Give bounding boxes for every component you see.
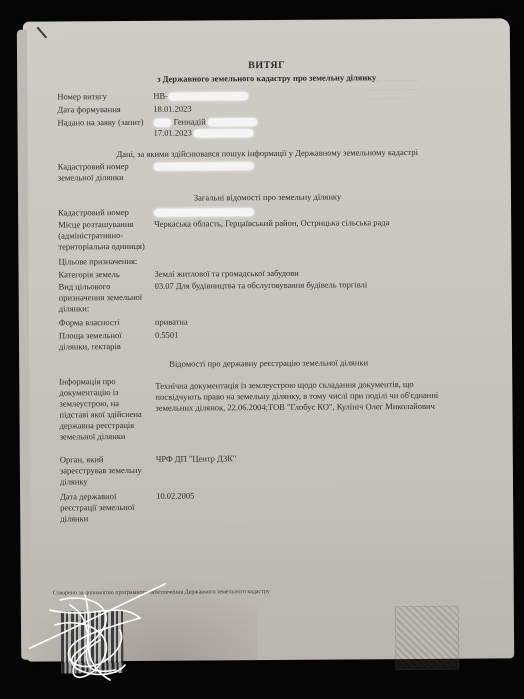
redaction: [208, 118, 258, 126]
general-section-heading: Загальні відомості про земельну ділянку: [24, 190, 511, 203]
field-value: Черкаська область, Герцаївський район, О…: [154, 216, 484, 229]
field-label: Площа земельної ділянки, гектарів: [59, 330, 149, 353]
field-value: приватна: [155, 314, 485, 327]
field-documentation: Інформація про документацію із землеустр…: [25, 373, 512, 376]
field-label: Інформація про документацію із землеустр…: [59, 376, 149, 443]
field-label: Дата формування: [57, 104, 147, 116]
search-section-heading: Дані, за якими здійснювався пошук інформ…: [24, 146, 511, 159]
redaction: [168, 92, 248, 101]
field-label: Кадастровий номер: [58, 207, 148, 219]
field-value: Землі житлової та громадської забудови: [155, 266, 485, 279]
field-request: Надано на заяву (запит) Геннадій 17.01.2…: [23, 114, 510, 143]
redaction-scribble: [0, 570, 180, 699]
field-label: Вид цільового призначення земельної діля…: [59, 281, 149, 315]
field-label: Орган, який зареєстрував земельну ділянк…: [60, 454, 150, 488]
field-registration-date: Дата державної реєстрації земельної діля…: [26, 488, 513, 491]
field-label: Номер витягу: [57, 91, 147, 103]
qr-code-faint: [395, 606, 459, 670]
field-label: Категорія земель: [59, 269, 149, 281]
staple-mark: [37, 27, 48, 39]
field-value: ЧРФ ДП "Центр ДЗК": [156, 451, 486, 464]
redaction: [154, 162, 254, 171]
field-label: Цільове призначення:: [58, 256, 148, 268]
field-value: [154, 158, 484, 171]
field-ownership: Форма власності приватна: [25, 314, 512, 317]
field-value: [154, 204, 484, 217]
document-title: ВИТЯГ: [23, 58, 510, 72]
field-value: Технічна документація із землеустрою щод…: [155, 379, 445, 414]
document-page: ······ ········ ············ ······· ···…: [23, 18, 514, 661]
registration-section-heading: Відомості про державну реєстрацію земель…: [25, 356, 512, 369]
field-registering-authority: Орган, який зареєстрував земельну ділянк…: [26, 451, 513, 454]
redaction: [153, 119, 171, 127]
field-value: 10.02.2005: [156, 488, 486, 501]
field-cadastral-number: Кадастровий номер: [24, 204, 511, 207]
redaction: [154, 208, 254, 217]
field-purpose: Цільове призначення:: [24, 253, 511, 256]
field-extract-number: Номер витягу НВ-: [23, 88, 510, 91]
field-value: 03.07 Для будівництва та обслуговування …: [155, 278, 485, 291]
field-value: Геннадій 17.01.2023: [153, 114, 483, 138]
field-label: Місце розташування (адміністративно-тери…: [58, 219, 148, 253]
field-label: Кадастровий номер земельної ділянки: [58, 161, 158, 184]
field-value: НВ-: [153, 88, 483, 101]
field-label: Форма власності: [59, 317, 149, 329]
field-label: Надано на заяву (запит): [57, 117, 167, 129]
field-value: 18.01.2023: [153, 101, 483, 114]
field-value: 0.5501: [155, 327, 485, 340]
field-label: Дата державної реєстрації земельної діля…: [60, 491, 150, 525]
redaction: [194, 129, 254, 137]
